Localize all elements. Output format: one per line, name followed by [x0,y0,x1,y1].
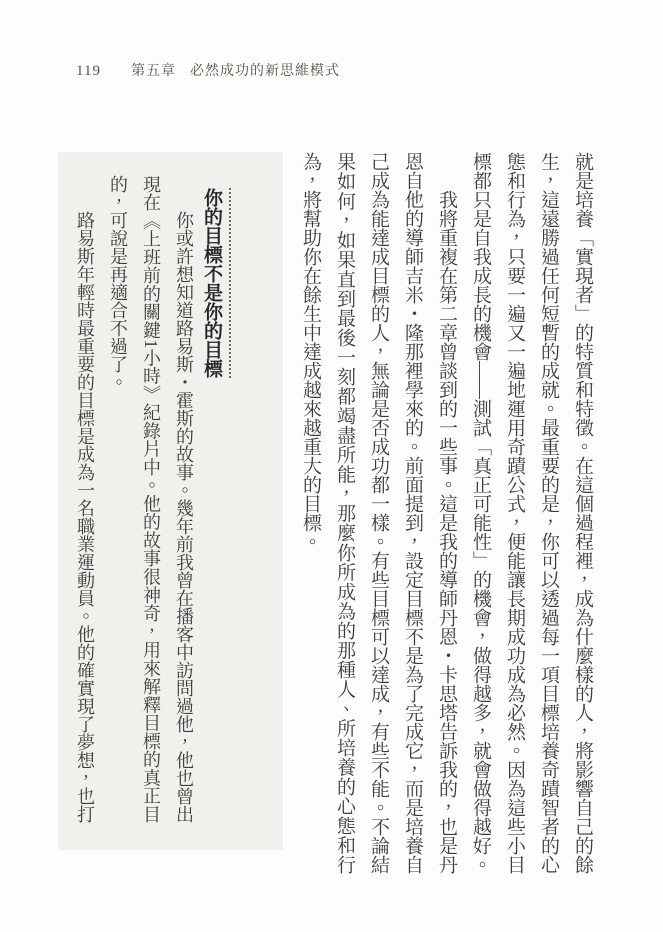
body-paragraph: 我將重複在第二章曾談到的一些事。這是我的導師丹恩・卡思塔告訴我的，也是丹恩自他的… [293,152,463,874]
body-paragraph: 就是培養「實現者」的特質和特徵。在這個過程裡，成為什麼樣的人，將影響自己的餘生，… [463,152,599,874]
section-title: 必然成功的新思維模式 [190,64,340,79]
box-heading-text: 你的目標不是你的目標 [201,188,231,378]
running-header: 119第五章必然成功的新思維模式 [76,60,340,80]
chapter-label: 第五章 [131,64,176,79]
highlight-box: 你的目標不是你的目標 你或許想知道路易斯・霍斯的故事。幾年前我曾在播客中訪問過他… [58,152,283,850]
page-number: 119 [76,63,101,79]
body-text: 就是培養「實現者」的特質和特徵。在這個過程裡，成為什麼樣的人，將影響自己的餘生，… [293,152,599,874]
box-heading: 你的目標不是你的目標 [200,175,222,823]
highlight-box-content: 你的目標不是你的目標 你或許想知道路易斯・霍斯的故事。幾年前我曾在播客中訪問過他… [58,152,278,823]
box-paragraph: 路易斯年輕時最重要的目標是成為一名職業運動員。他的確實現了夢想，也打 [68,175,101,823]
box-paragraph: 你或許想知道路易斯・霍斯的故事。幾年前我曾在播客中訪問過他，他也曾出現在《上班前… [101,175,200,823]
book-page: 119第五章必然成功的新思維模式 就是培養「實現者」的特質和特徵。在這個過程裡，… [0,0,663,932]
